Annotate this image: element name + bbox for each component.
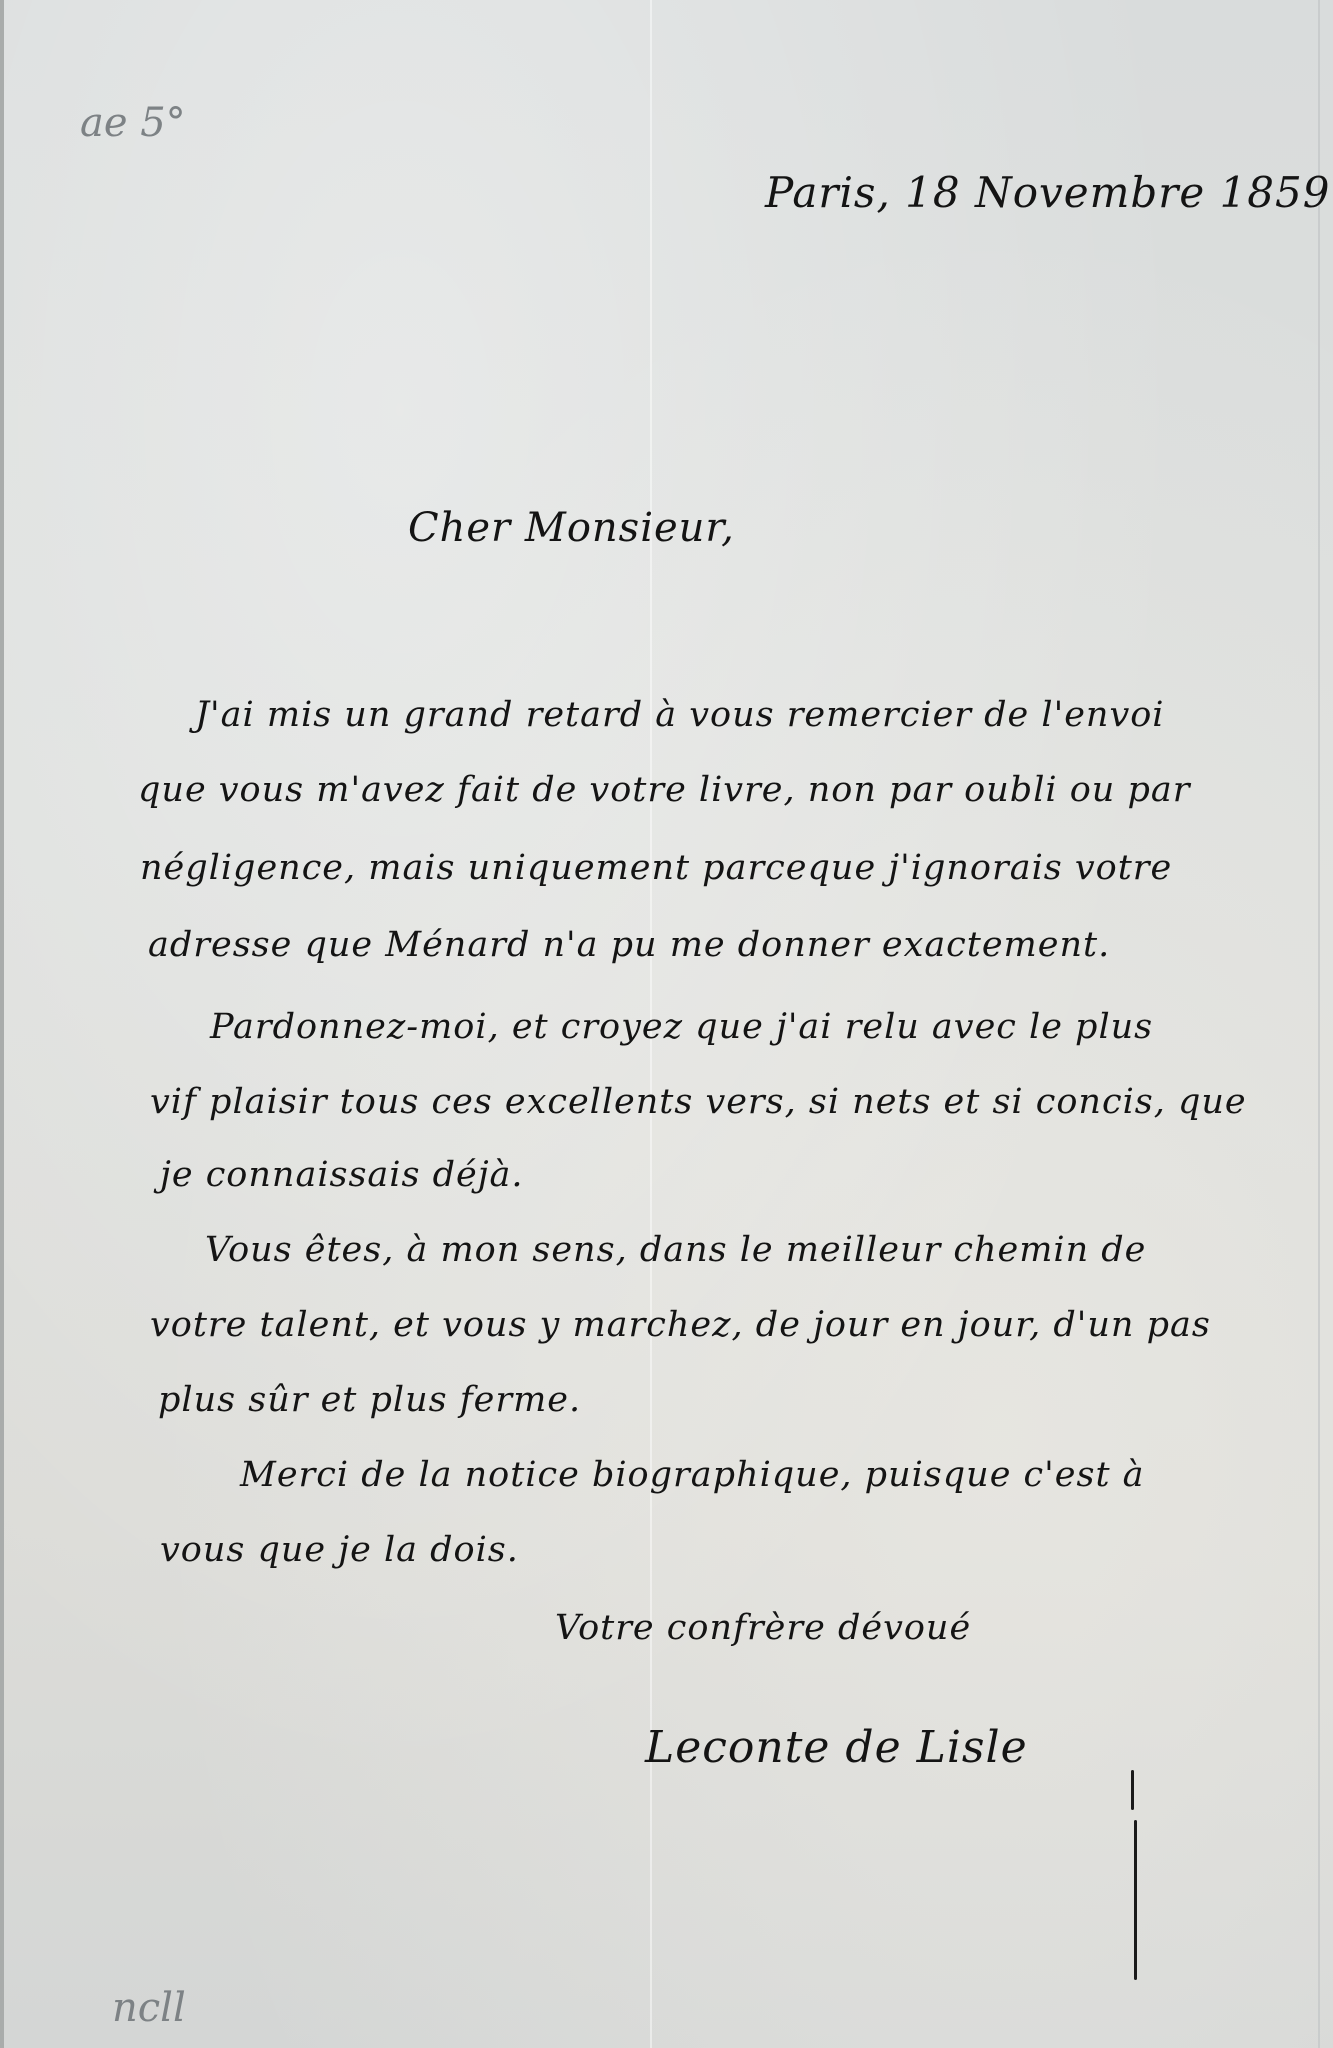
body-line-6: vif plaisir tous ces excellents vers, si…: [150, 1082, 1247, 1122]
body-line-7: je connaissais déjà.: [160, 1155, 524, 1195]
signature: Leconte de Lisle: [645, 1722, 1028, 1773]
paper-right-fold: [1318, 0, 1320, 2048]
body-line-3: négligence, mais uniquement parceque j'i…: [140, 848, 1172, 888]
letter-sheet: ae 5° Paris, 18 Novembre 1859. Cher Mons…: [0, 0, 1333, 2048]
salutation: Cher Monsieur,: [408, 505, 735, 551]
body-line-5: Pardonnez-moi, et croyez que j'ai relu a…: [210, 1007, 1153, 1047]
body-line-9: votre talent, et vous y marchez, de jour…: [150, 1305, 1211, 1345]
body-line-2: que vous m'avez fait de votre livre, non…: [138, 770, 1190, 810]
pencil-note-bottom: ncll: [112, 1985, 186, 2031]
pencil-note-top: ae 5°: [80, 100, 186, 146]
body-line-4: adresse que Ménard n'a pu me donner exac…: [148, 925, 1110, 965]
dateline: Paris, 18 Novembre 1859.: [765, 168, 1333, 217]
body-line-1: J'ai mis un grand retard à vous remercie…: [195, 695, 1165, 735]
body-line-10: plus sûr et plus ferme.: [158, 1380, 581, 1420]
body-line-12: vous que je la dois.: [160, 1530, 519, 1570]
paper-left-edge: [0, 0, 4, 2048]
body-line-11: Merci de la notice biographique, puisque…: [240, 1455, 1145, 1495]
closing: Votre confrère dévoué: [555, 1608, 971, 1648]
signature-flourish: [1134, 1820, 1137, 1980]
signature-flourish-top: [1131, 1770, 1134, 1810]
body-line-8: Vous êtes, à mon sens, dans le meilleur …: [205, 1230, 1146, 1270]
